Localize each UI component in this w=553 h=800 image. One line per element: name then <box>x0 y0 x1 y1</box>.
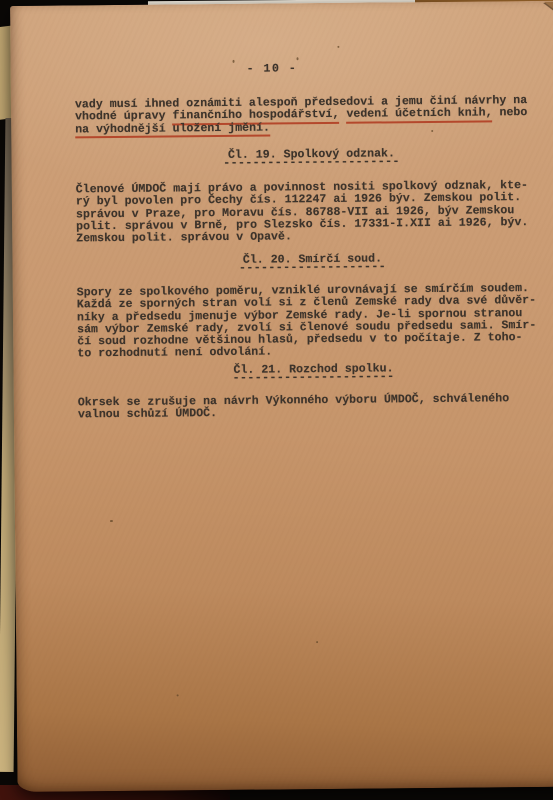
red-underlined-text: vedení účetních knih, <box>346 107 492 124</box>
article-19-body: Členové ÚMDOČ mají právo a povinnost nos… <box>76 180 549 246</box>
page-number: - 10 - <box>247 63 298 76</box>
article-21-body: Okrsek se zrušuje na návrh Výkonného výb… <box>78 393 550 422</box>
article-20: Čl. 20. Smírčí soud. -------------------… <box>76 252 549 361</box>
photo-scene: - 10 - vady musí ihned oznámiti alespoň … <box>0 0 553 800</box>
article-20-body: Spory ze spolkového poměru, vzniklé urov… <box>77 283 550 361</box>
text-line: valnou schůzí ÚMDOČ. <box>78 405 550 422</box>
intro-line-2-plain: nebo <box>492 106 527 119</box>
text-line: Zemskou polit. správou v Opavě. <box>76 229 548 246</box>
text-line: vhodné úpravy finančního hospodářství, v… <box>75 107 547 124</box>
article-19: Čl. 19. Spolkový odznak. ---------------… <box>75 147 548 246</box>
intro-paragraph: vady musí ihned oznámiti alespoň předsed… <box>75 95 547 136</box>
red-underlined-text: na výhodnější uložení jmění. <box>75 121 270 138</box>
typewritten-content: - 10 - vady musí ihned oznámiti alespoň … <box>74 1 553 791</box>
text-line: to rozhodnutí není odvolání. <box>77 344 549 361</box>
article-21: Čl. 21. Rozchod spolku. ----------------… <box>77 362 550 422</box>
document-page: - 10 - vady musí ihned oznámiti alespoň … <box>10 1 553 792</box>
